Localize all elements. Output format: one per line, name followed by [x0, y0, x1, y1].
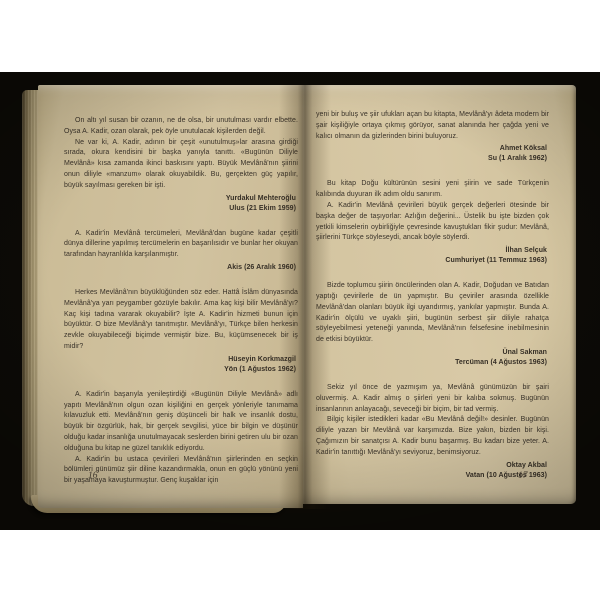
paragraph: Ne var ki, A. Kadir, adının bir çeşit «u…: [64, 138, 298, 192]
right-page-number: 17: [518, 471, 528, 481]
paragraph: A. Kadir'in Mevlânâ çevirileri büyük ger…: [316, 201, 549, 244]
attribution-name: Hüseyin Korkmazgil: [64, 355, 296, 365]
attribution-source: Vatan (10 Ağustos 1963): [316, 471, 547, 481]
attribution-source: Tercüman (4 Ağustos 1963): [316, 358, 547, 368]
paragraph: Bilgiç kişiler istedikleri kadar «Bu Mev…: [316, 415, 549, 458]
attribution: Oktay AkbalVatan (10 Ağustos 1963): [316, 461, 547, 481]
attribution-source: Cumhuriyet (11 Temmuz 1963): [316, 256, 547, 266]
attribution: Akis (26 Aralık 1960): [64, 263, 296, 273]
attribution-name: Ahmet Köksal: [316, 144, 547, 154]
paragraph: A. Kadir'in başarıyla yenileştirdiği «Bu…: [64, 390, 298, 455]
attribution: Yurdakul MehteroğluUlus (21 Ekim 1959): [64, 194, 296, 214]
paragraph: Bu kitap Doğu kültürünün sesini yeni şii…: [316, 179, 549, 201]
open-book: On altı yıl susan bir ozanın, ne de olsa…: [22, 85, 578, 515]
left-page: On altı yıl susan bir ozanın, ne de olsa…: [38, 85, 303, 508]
attribution: İlhan SelçukCumhuriyet (11 Temmuz 1963): [316, 246, 547, 266]
attribution-source: Su (1 Aralık 1962): [316, 154, 547, 164]
paragraph: yeni bir buluş ve şiir ufukları açan bu …: [316, 110, 549, 142]
attribution-source: Yön (1 Ağustos 1962): [64, 365, 296, 375]
attribution: Ünal SakmanTercüman (4 Ağustos 1963): [316, 348, 547, 368]
left-page-text: On altı yıl susan bir ozanın, ne de olsa…: [64, 116, 298, 487]
right-page-text: yeni bir buluş ve şiir ufukları açan bu …: [316, 110, 549, 496]
paragraph: On altı yıl susan bir ozanın, ne de olsa…: [64, 116, 298, 138]
attribution-name: İlhan Selçuk: [316, 246, 547, 256]
right-page: yeni bir buluş ve şiir ufukları açan bu …: [303, 85, 576, 504]
attribution-name: Oktay Akbal: [316, 461, 547, 471]
attribution-source: Ulus (21 Ekim 1959): [64, 204, 296, 214]
paragraph: Bizde toplumcu şiirin öncülerinden olan …: [316, 281, 549, 346]
attribution: Ahmet KöksalSu (1 Aralık 1962): [316, 144, 547, 164]
photo-background: On altı yıl susan bir ozanın, ne de olsa…: [0, 72, 600, 530]
paragraph: A. Kadir'in bu ustaca çevirileri Mevlânâ…: [64, 455, 298, 487]
attribution-source: Akis (26 Aralık 1960): [64, 263, 296, 273]
paragraph: Sekiz yıl önce de yazmışım ya, Mevlânâ g…: [316, 383, 549, 415]
attribution: Hüseyin KorkmazgilYön (1 Ağustos 1962): [64, 355, 296, 375]
paragraph: Herkes Mevlânâ'nın büyüklüğünden söz ede…: [64, 288, 298, 353]
left-page-number: 16: [88, 471, 98, 481]
attribution-name: Yurdakul Mehteroğlu: [64, 194, 296, 204]
attribution-name: Ünal Sakman: [316, 348, 547, 358]
paragraph: A. Kadir'in Mevlânâ tercümeleri, Mevlânâ…: [64, 229, 298, 261]
